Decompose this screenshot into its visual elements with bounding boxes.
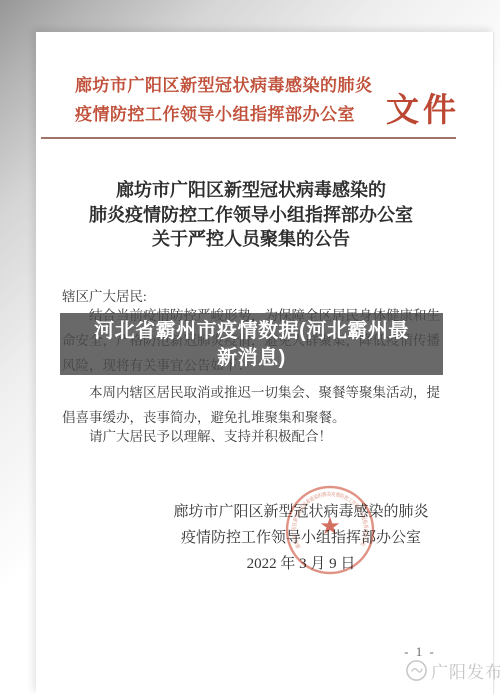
paragraph-2-line1: 本周内辖区居民取消或推迟一切集会、聚餐等聚集活动，提 bbox=[62, 380, 452, 405]
letterhead-org-line1: 廊坊市广阳区新型冠状病毒感染的肺炎 bbox=[75, 71, 405, 100]
letterhead: 廊坊市广阳区新型冠状病毒感染的肺炎 疫情防控工作领导小组指挥部办公室 bbox=[75, 71, 405, 129]
letterhead-org-line2: 疫情防控工作领导小组指挥部办公室 bbox=[75, 100, 405, 129]
title-line2: 肺炎疫情防控工作领导小组指挥部办公室 bbox=[36, 203, 466, 228]
news-caption-line2: 新消息) bbox=[60, 345, 443, 372]
document-title: 廊坊市广阳区新型冠状病毒感染的 肺炎疫情防控工作领导小组指挥部办公室 关于严控人… bbox=[36, 178, 466, 252]
seal-star-icon: ★ bbox=[319, 514, 341, 540]
watermark-text: 广阳发布 bbox=[431, 658, 500, 683]
document-page: 廊坊市广阳区新型冠状病毒感染的肺炎 疫情防控工作领导小组指挥部办公室 文件 廊坊… bbox=[36, 32, 494, 694]
title-line3: 关于严控人员聚集的公告 bbox=[36, 227, 466, 252]
paragraph-3: 请广大居民予以理解、支持并积极配合！ bbox=[62, 424, 452, 449]
publisher-watermark: 广阳发布 bbox=[405, 658, 500, 683]
seal-graphic: 廊坊市广阳区新型冠状病毒感染的肺炎疫情防控工作领导小组指挥部办公室 ★ bbox=[284, 484, 376, 576]
official-seal: 廊坊市广阳区新型冠状病毒感染的肺炎疫情防控工作领导小组指挥部办公室 ★ bbox=[284, 484, 376, 576]
guangyang-logo-icon bbox=[405, 659, 428, 682]
document-marker: 文件 bbox=[386, 84, 460, 131]
letterhead-rule bbox=[41, 137, 456, 139]
paragraph-2: 本周内辖区居民取消或推迟一切集会、聚餐等聚集活动，提 倡喜事缓办，丧事简办，避免… bbox=[62, 380, 452, 430]
photo-background: 廊坊市广阳区新型冠状病毒感染的肺炎 疫情防控工作领导小组指挥部办公室 文件 廊坊… bbox=[0, 0, 500, 694]
title-line1: 廊坊市广阳区新型冠状病毒感染的 bbox=[36, 178, 466, 203]
news-caption-overlay: 河北省霸州市疫情数据(河北霸州最 新消息) bbox=[60, 313, 443, 375]
news-caption-line1: 河北省霸州市疫情数据(河北霸州最 bbox=[60, 318, 443, 345]
paragraph-3-line1: 请广大居民予以理解、支持并积极配合！ bbox=[62, 424, 452, 449]
